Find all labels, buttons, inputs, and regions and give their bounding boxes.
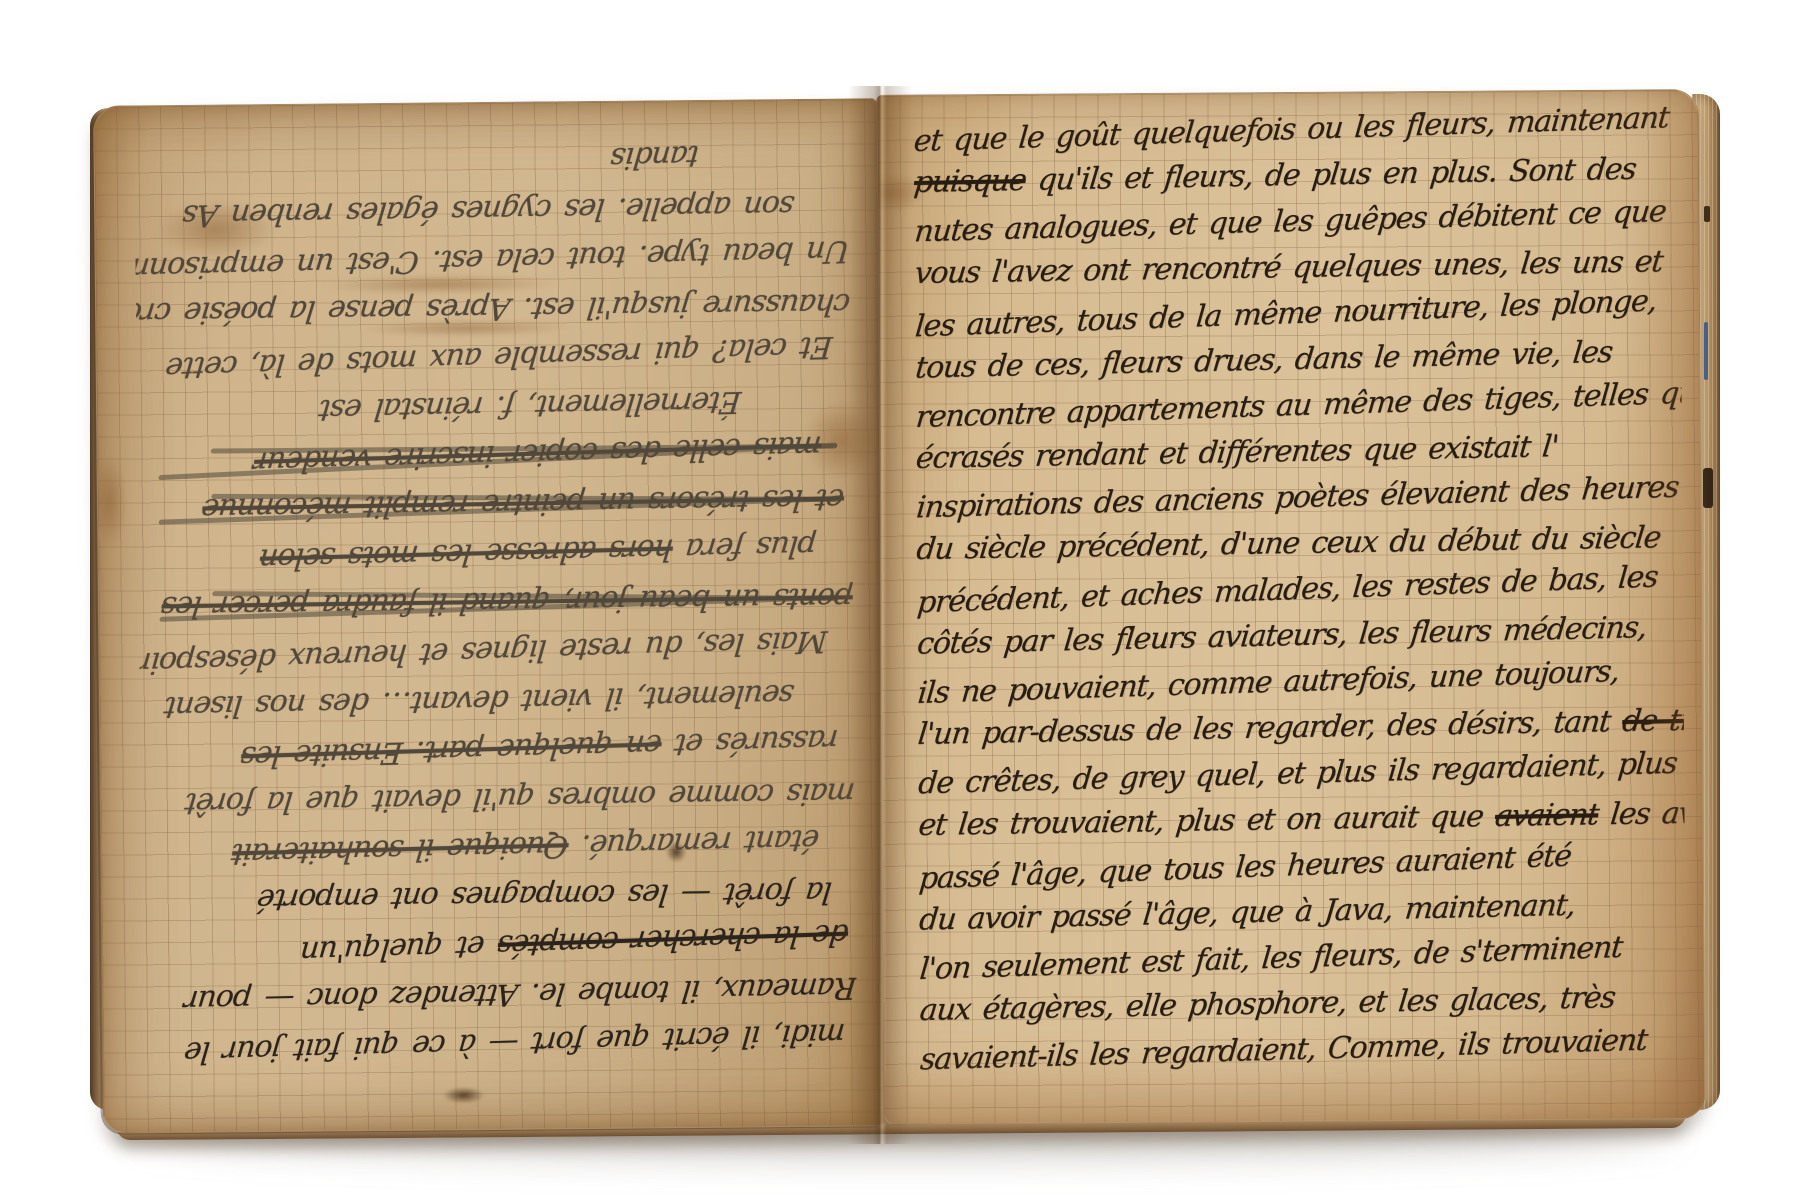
handwriting-text: rassurés et [660, 722, 840, 762]
right-page: et que le goût quelquefois ou les fleurs… [876, 89, 1705, 1125]
open-notebook: tandisson appelle. les cygnes égales ren… [88, 86, 1720, 1144]
handwriting-text: étant remarqué. [567, 822, 821, 863]
handwriting-text: les avait [1596, 795, 1686, 832]
struck-text: puisque [914, 163, 1028, 200]
handwriting-text: plus fera [671, 528, 818, 567]
left-page-handwriting: tandisson appelle. les cygnes égales ren… [134, 134, 857, 1125]
struck-text: avaient [1493, 797, 1600, 834]
handwriting-text: mais comme ombres qu'il devait que la fo… [184, 775, 857, 821]
struck-text: Quoique il souhaiterait [230, 828, 570, 871]
handwriting-text: écrasés rendant et différentes que exist… [914, 429, 1559, 476]
ink-speck [1704, 206, 1710, 222]
photo-background: tandisson appelle. les cygnes égales ren… [0, 0, 1800, 1201]
handwriting-text: midi, il écrit que fort — à ce qui fait … [183, 1016, 846, 1070]
handwriting-text: Éternellement, f. réinstal est [318, 384, 743, 428]
struck-text: de traitant [1620, 701, 1686, 739]
blue-pen-mark [1704, 322, 1708, 380]
struck-text: hors adresse les mots selon [258, 532, 674, 577]
handwriting-text: qu'ils et fleurs, de plus en plus. Sont … [1024, 152, 1638, 198]
struck-text: et les trésors un peintre remplit méconn… [201, 481, 846, 526]
struck-text: en quelque part. Ensuite les [240, 727, 664, 774]
struck-text: mais celle des copier inscrire vendeur [253, 428, 823, 479]
right-page-handwriting: et que le goût quelquefois ou les fleurs… [914, 104, 1687, 1115]
handwriting-text: son appelle. les cygnes égales renben As [181, 188, 796, 233]
handwriting-text: Un beau type. tout cela est. C'est un em… [134, 233, 851, 286]
handwriting-text: et les trouvaient, plus et on aurait que [917, 799, 1497, 843]
handwriting-text: la forêt — les compagnes ont emporté [256, 875, 834, 918]
handwriting-text: et quelqu'un [299, 928, 499, 969]
handwriting-text: seulement, il vient devant… des nos lise… [163, 677, 795, 725]
ink-mark [1703, 468, 1713, 508]
handwriting-text: tandis [609, 138, 700, 176]
struck-text: de la chercher comptés [496, 917, 849, 963]
left-page: tandisson appelle. les cygnes égales ren… [93, 98, 887, 1133]
